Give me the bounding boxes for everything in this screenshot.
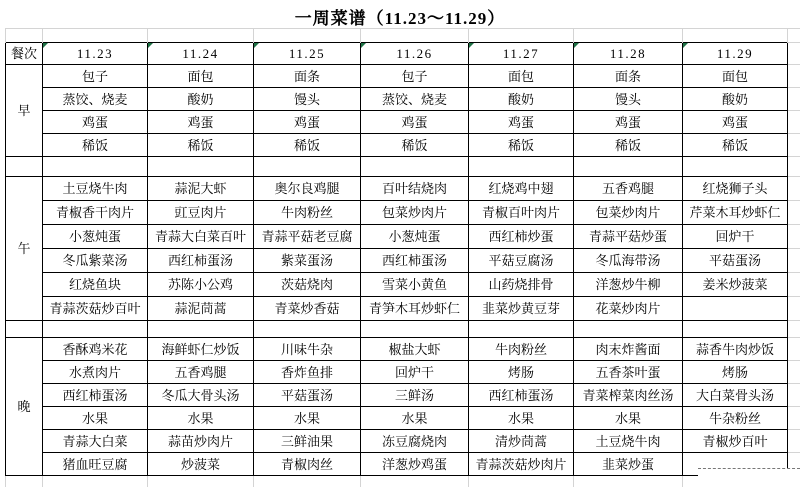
- menu-cell[interactable]: 土豆烧牛肉: [43, 177, 148, 201]
- menu-cell[interactable]: 清炒茼蒿: [469, 430, 574, 453]
- grid-cell-empty: [788, 177, 800, 201]
- date-label: 11.27: [503, 46, 539, 61]
- date-label: 11.25: [289, 46, 325, 61]
- separator-cell: [43, 321, 148, 338]
- menu-cell[interactable]: 炒菠菜: [148, 453, 254, 476]
- menu-cell[interactable]: 水果: [574, 407, 683, 430]
- menu-cell[interactable]: 香炸鱼排: [254, 361, 361, 384]
- menu-table-body: 餐次11.2311.2411.2511.2611.2711.2811.29早包子…: [6, 29, 800, 488]
- table-border-remnant: [787, 455, 788, 467]
- menu-cell[interactable]: 青蒜平菇炒蛋: [574, 225, 683, 249]
- date-label: 11.24: [182, 46, 218, 61]
- spreadsheet-canvas: 一周菜谱（11.23～11.29） 餐次11.2311.2411.2511.26…: [0, 0, 800, 489]
- grid-cell-empty: [43, 29, 148, 43]
- menu-cell[interactable]: 五香鸡腿: [148, 361, 254, 384]
- date-header-cell[interactable]: 11.29: [683, 43, 788, 65]
- grid-cell-empty: [469, 29, 574, 43]
- menu-cell[interactable]: 雪菜小黄鱼: [361, 273, 469, 297]
- empty-menu-cell[interactable]: [683, 297, 788, 321]
- menu-cell[interactable]: 青椒百叶肉片: [469, 201, 574, 225]
- date-header-cell[interactable]: 11.27: [469, 43, 574, 65]
- watermark-cover: [698, 468, 800, 489]
- date-label: 11.23: [77, 46, 113, 61]
- menu-cell[interactable]: 平菇蛋汤: [683, 249, 788, 273]
- menu-cell[interactable]: 包子: [361, 65, 469, 88]
- menu-cell[interactable]: 花菜炒肉片: [574, 297, 683, 321]
- menu-cell[interactable]: 面包: [469, 65, 574, 88]
- date-label: 11.26: [396, 46, 432, 61]
- menu-cell[interactable]: 牛肉粉丝: [254, 201, 361, 225]
- menu-cell[interactable]: 水果: [469, 407, 574, 430]
- grid-cell-empty: [788, 88, 800, 111]
- menu-cell[interactable]: 鸡蛋: [43, 111, 148, 134]
- separator-cell: [254, 157, 361, 177]
- menu-cell[interactable]: 青蒜茨菇炒肉片: [469, 453, 574, 476]
- menu-cell[interactable]: 蒜苗炒肉片: [148, 430, 254, 453]
- grid-cell-empty: [148, 476, 254, 488]
- menu-cell[interactable]: 烤肠: [683, 361, 788, 384]
- menu-cell[interactable]: 奥尔良鸡腿: [254, 177, 361, 201]
- menu-cell[interactable]: 青椒肉丝: [254, 453, 361, 476]
- menu-cell[interactable]: 冬瓜大骨头汤: [148, 384, 254, 407]
- menu-cell[interactable]: 姜米炒菠菜: [683, 273, 788, 297]
- date-label: 11.29: [717, 46, 753, 61]
- separator-cell: [574, 321, 683, 338]
- menu-cell[interactable]: 蒸饺、烧麦: [43, 88, 148, 111]
- date-header-cell[interactable]: 11.23: [43, 43, 148, 65]
- menu-cell[interactable]: 海鲜虾仁炒饭: [148, 338, 254, 361]
- error-flag-icon: [574, 43, 579, 48]
- menu-cell[interactable]: 稀饭: [361, 134, 469, 157]
- menu-cell[interactable]: 鸡蛋: [254, 111, 361, 134]
- grid-cell-empty: [254, 476, 361, 488]
- grid-cell-empty: [788, 407, 800, 430]
- menu-cell[interactable]: 青蒜茨菇炒百叶: [43, 297, 148, 321]
- menu-cell[interactable]: 三鲜油果: [254, 430, 361, 453]
- menu-cell[interactable]: 紫菜蛋汤: [254, 249, 361, 273]
- separator-cell: [43, 157, 148, 177]
- grid-cell-empty: [788, 134, 800, 157]
- error-flag-icon: [43, 43, 48, 48]
- menu-cell[interactable]: 冬瓜紫菜汤: [43, 249, 148, 273]
- grid-cell-empty: [788, 111, 800, 134]
- separator-cell: [469, 157, 574, 177]
- menu-cell[interactable]: 鸡蛋: [574, 111, 683, 134]
- grid-cell-empty: [788, 43, 800, 65]
- menu-cell[interactable]: 红烧鸡中翅: [469, 177, 574, 201]
- menu-cell[interactable]: 鸡蛋: [469, 111, 574, 134]
- grid-cell-empty: [788, 273, 800, 297]
- menu-cell[interactable]: 红烧狮子头: [683, 177, 788, 201]
- date-header-cell[interactable]: 11.25: [254, 43, 361, 65]
- grid-cell-empty: [788, 249, 800, 273]
- menu-cell[interactable]: 青蒜大白菜百叶: [148, 225, 254, 249]
- menu-table: 餐次11.2311.2411.2511.2611.2711.2811.29早包子…: [5, 28, 800, 487]
- error-flag-icon: [254, 43, 259, 48]
- menu-cell[interactable]: 面条: [574, 65, 683, 88]
- date-header-cell[interactable]: 11.26: [361, 43, 469, 65]
- separator-cell: [683, 157, 788, 177]
- error-flag-icon: [148, 43, 153, 48]
- menu-cell[interactable]: 西红柿蛋汤: [361, 249, 469, 273]
- menu-cell[interactable]: 西红柿蛋汤: [148, 249, 254, 273]
- grid-cell-empty: [788, 430, 800, 453]
- menu-cell[interactable]: 面条: [254, 65, 361, 88]
- menu-cell[interactable]: 红烧鱼块: [43, 273, 148, 297]
- menu-cell[interactable]: 三鲜汤: [361, 384, 469, 407]
- menu-cell[interactable]: 面包: [683, 65, 788, 88]
- date-header-cell[interactable]: 11.28: [574, 43, 683, 65]
- grid-cell-empty: [574, 476, 683, 488]
- menu-cell[interactable]: 洋葱炒牛柳: [574, 273, 683, 297]
- menu-cell[interactable]: 青菜榨菜肉丝汤: [574, 384, 683, 407]
- menu-cell[interactable]: 西红柿蛋汤: [43, 384, 148, 407]
- separator-cell: [361, 157, 469, 177]
- menu-cell[interactable]: 猪血旺豆腐: [43, 453, 148, 476]
- menu-cell[interactable]: 冬瓜海带汤: [574, 249, 683, 273]
- meal-label-cell[interactable]: 早: [6, 65, 43, 157]
- grid-cell-empty: [788, 384, 800, 407]
- menu-cell[interactable]: 稀饭: [574, 134, 683, 157]
- menu-cell[interactable]: 小葱炖蛋: [43, 225, 148, 249]
- grid-cell-empty: [469, 476, 574, 488]
- menu-cell[interactable]: 水果: [361, 407, 469, 430]
- menu-cell[interactable]: 稀饭: [43, 134, 148, 157]
- menu-cell[interactable]: 回炉干: [361, 361, 469, 384]
- menu-cell[interactable]: 包菜炒肉片: [361, 201, 469, 225]
- menu-cell[interactable]: 酸奶: [469, 88, 574, 111]
- menu-cell[interactable]: 西红柿炒蛋: [469, 225, 574, 249]
- grid-cell-empty: [788, 65, 800, 88]
- menu-cell[interactable]: 大白菜骨头汤: [683, 384, 788, 407]
- menu-cell[interactable]: 青笋木耳炒虾仁: [361, 297, 469, 321]
- grid-cell-empty: [6, 476, 43, 488]
- separator-cell: [469, 321, 574, 338]
- menu-cell[interactable]: 鸡蛋: [683, 111, 788, 134]
- meal-label-cell[interactable]: 午: [6, 177, 43, 321]
- menu-cell[interactable]: 土豆烧牛肉: [574, 430, 683, 453]
- menu-cell[interactable]: 山药烧排骨: [469, 273, 574, 297]
- menu-cell[interactable]: 洋葱炒鸡蛋: [361, 453, 469, 476]
- menu-cell[interactable]: 酸奶: [148, 88, 254, 111]
- date-label: 11.28: [610, 46, 646, 61]
- menu-cell[interactable]: 青蒜大白菜: [43, 430, 148, 453]
- grid-cell-empty: [788, 338, 800, 361]
- menu-cell[interactable]: 蒜香牛肉炒饭: [683, 338, 788, 361]
- separator-cell: [683, 321, 788, 338]
- menu-cell[interactable]: 稀饭: [254, 134, 361, 157]
- menu-cell[interactable]: 蒸饺、烧麦: [361, 88, 469, 111]
- menu-cell[interactable]: 包菜炒肉片: [574, 201, 683, 225]
- error-flag-icon: [683, 43, 688, 48]
- menu-cell[interactable]: 稀饭: [683, 134, 788, 157]
- menu-cell[interactable]: 鸡蛋: [148, 111, 254, 134]
- menu-cell[interactable]: 西红柿蛋汤: [469, 384, 574, 407]
- menu-cell[interactable]: 青菜炒香菇: [254, 297, 361, 321]
- menu-cell[interactable]: 冻豆腐烧肉: [361, 430, 469, 453]
- error-flag-icon: [361, 43, 366, 48]
- separator-cell: [6, 321, 43, 338]
- menu-cell[interactable]: 芹菜木耳炒虾仁: [683, 201, 788, 225]
- page-title: 一周菜谱（11.23～11.29）: [0, 4, 800, 29]
- menu-cell[interactable]: 馒头: [254, 88, 361, 111]
- menu-cell[interactable]: 水果: [148, 407, 254, 430]
- menu-cell[interactable]: 茨菇烧肉: [254, 273, 361, 297]
- separator-cell: [361, 321, 469, 338]
- grid-cell-empty: [6, 29, 43, 43]
- menu-cell[interactable]: 川味牛杂: [254, 338, 361, 361]
- menu-cell[interactable]: 青蒜平菇老豆腐: [254, 225, 361, 249]
- grid-cell-empty: [683, 29, 788, 43]
- menu-cell[interactable]: 蒜泥茼蒿: [148, 297, 254, 321]
- menu-cell[interactable]: 香酥鸡米花: [43, 338, 148, 361]
- menu-cell[interactable]: 青椒香干肉片: [43, 201, 148, 225]
- grid-cell-empty: [148, 29, 254, 43]
- menu-cell[interactable]: 牛杂粉丝: [683, 407, 788, 430]
- menu-cell[interactable]: 韭菜炒黄豆芽: [469, 297, 574, 321]
- grid-cell-empty: [361, 29, 469, 43]
- menu-cell[interactable]: 肉末炸酱面: [574, 338, 683, 361]
- menu-cell[interactable]: 烤肠: [469, 361, 574, 384]
- menu-cell[interactable]: 鸡蛋: [361, 111, 469, 134]
- menu-cell[interactable]: 水果: [43, 407, 148, 430]
- menu-cell[interactable]: 青椒炒百叶: [683, 430, 788, 453]
- menu-cell[interactable]: 包子: [43, 65, 148, 88]
- error-flag-icon: [469, 43, 474, 48]
- menu-cell[interactable]: 回炉干: [683, 225, 788, 249]
- menu-cell[interactable]: 平菇豆腐汤: [469, 249, 574, 273]
- grid-cell-empty: [43, 476, 148, 488]
- menu-cell[interactable]: 稀饭: [469, 134, 574, 157]
- menu-cell[interactable]: 馒头: [574, 88, 683, 111]
- grid-cell-empty: [574, 29, 683, 43]
- menu-cell[interactable]: 苏陈小公鸡: [148, 273, 254, 297]
- menu-cell[interactable]: 蒜泥大虾: [148, 177, 254, 201]
- grid-cell-empty: [788, 297, 800, 321]
- menu-cell[interactable]: 韭菜炒蛋: [574, 453, 683, 476]
- menu-cell[interactable]: 稀饭: [148, 134, 254, 157]
- grid-cell-empty: [361, 476, 469, 488]
- menu-cell[interactable]: 水果: [254, 407, 361, 430]
- menu-cell[interactable]: 百叶结烧肉: [361, 177, 469, 201]
- menu-cell[interactable]: 椒盐大虾: [361, 338, 469, 361]
- separator-cell: [254, 321, 361, 338]
- menu-cell[interactable]: 平菇蛋汤: [254, 384, 361, 407]
- menu-cell[interactable]: 水煮肉片: [43, 361, 148, 384]
- separator-cell: [574, 157, 683, 177]
- meal-label-cell[interactable]: 晚: [6, 338, 43, 476]
- corner-header-cell[interactable]: 餐次: [6, 43, 43, 65]
- grid-cell-empty: [788, 361, 800, 384]
- separator-cell: [148, 157, 254, 177]
- grid-cell-empty: [788, 201, 800, 225]
- menu-cell[interactable]: 五香鸡腿: [574, 177, 683, 201]
- menu-cell[interactable]: 五香茶叶蛋: [574, 361, 683, 384]
- menu-cell[interactable]: 牛肉粉丝: [469, 338, 574, 361]
- grid-cell-empty: [788, 157, 800, 177]
- grid-cell-empty: [788, 321, 800, 338]
- grid-cell-empty: [254, 29, 361, 43]
- menu-cell[interactable]: 酸奶: [683, 88, 788, 111]
- date-header-cell[interactable]: 11.24: [148, 43, 254, 65]
- separator-cell: [6, 157, 43, 177]
- separator-cell: [148, 321, 254, 338]
- menu-cell[interactable]: 豇豆肉片: [148, 201, 254, 225]
- grid-cell-empty: [788, 225, 800, 249]
- menu-cell[interactable]: 面包: [148, 65, 254, 88]
- grid-cell-empty: [788, 29, 800, 43]
- menu-cell[interactable]: 小葱炖蛋: [361, 225, 469, 249]
